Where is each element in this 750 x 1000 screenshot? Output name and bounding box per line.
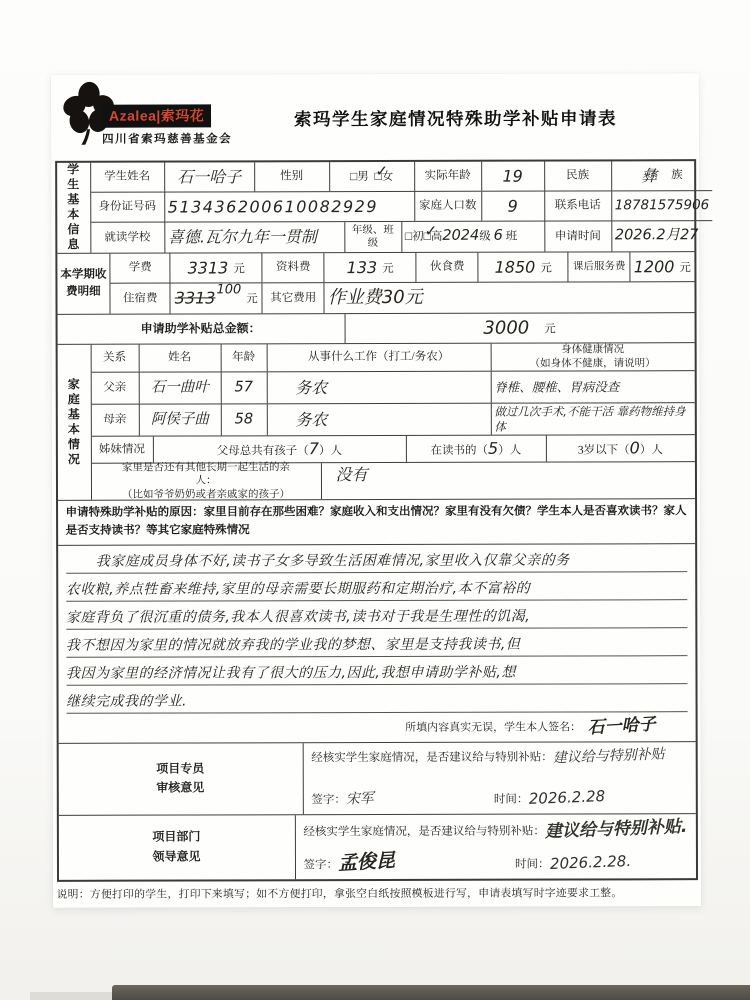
mother-name: 阿侯子曲 xyxy=(151,412,209,428)
children-count: 7 xyxy=(309,439,319,458)
id-label: 身份证号码 xyxy=(98,200,156,215)
phone-value: 18781575906 xyxy=(615,198,710,213)
student-name-label: 学生姓名 xyxy=(104,170,150,184)
material-label: 资料费 xyxy=(276,260,311,274)
relatives-label-3: （比如爷爷奶奶或者亲戚家的孩子） xyxy=(122,488,290,502)
age-label: 实际年龄 xyxy=(425,169,471,183)
section-student-info: 学生基本信息 学生姓名 石一哈子 性别 □男 □✓女 实际年龄 xyxy=(57,161,694,254)
section-family: 家庭基本情况 关系 姓名 年龄 从事什么工作（打工/务农） 身体健康情况 （如身… xyxy=(57,343,694,501)
ethnic-suffix: 族 xyxy=(671,169,683,183)
leader-review-row: 项目部门 领导意见 经核实学生家庭情况，是否建议给与特别补贴： 建议给与特别补贴… xyxy=(58,814,695,880)
senior-checkmark: ✓ xyxy=(425,222,438,241)
form-header: Azalea|索玛花 四川省索玛慈善基金会 索玛学生家庭情况特殊助学补贴申请表 xyxy=(54,77,696,161)
school-label: 就读学校 xyxy=(104,230,150,244)
female-checkbox: □✓ xyxy=(375,169,382,184)
leader-time-label: 时间： xyxy=(515,855,550,871)
tuition-label: 学费 xyxy=(129,261,152,275)
material-value: 133 xyxy=(347,259,378,277)
essay-line: 我家庭成员身体不好,读书子女多导致生活困难情况,家里收入仅靠父亲的务 xyxy=(66,544,687,574)
apply-date-value: 2026.2月27 xyxy=(615,228,699,244)
photo-background: Azalea|索玛花 四川省索玛慈善基金会 索玛学生家庭情况特殊助学补贴申请表 … xyxy=(0,0,750,1000)
specialist-time-value: 2026.2.28 xyxy=(528,788,605,807)
family-count-value: 9 xyxy=(508,197,518,215)
tuition-value: 3313 xyxy=(188,259,229,277)
confirm-text: 所填内容真实无误，学生本人签名： xyxy=(405,719,581,735)
apply-date-label: 申请时间 xyxy=(555,229,601,243)
leader-answer: 建议给与特别补贴. xyxy=(545,817,688,841)
father-work: 务农 xyxy=(295,379,327,397)
essay-line: 继续完成我的学业. xyxy=(66,684,687,714)
form-title: 索玛学生家庭情况特殊助学补贴申请表 xyxy=(294,105,617,131)
form-table: 学生基本信息 学生姓名 石一哈子 性别 □男 □✓女 实际年龄 xyxy=(55,159,698,881)
brand-block: Azalea|索玛花 四川省索玛慈善基金会 xyxy=(64,86,264,87)
relatives-value: 没有 xyxy=(335,466,367,484)
student-signature: 石一哈子 xyxy=(587,715,656,737)
leader-signature: 孟俊昆 xyxy=(337,850,395,874)
reason-essay: 我家庭成员身体不好,读书子女多导致生活困难情况,家里收入仅靠父亲的务 农收粮,养… xyxy=(58,544,695,714)
relatives-label-1: 家里是否还有其他长期一起生活的亲 xyxy=(122,462,290,476)
col-name: 姓名 xyxy=(168,351,191,365)
family-row-father: 父亲 石一曲叶 57 务农 脊椎、腰椎、胃病没查 xyxy=(91,371,694,405)
relatives-row: 家里是否还有其他长期一起生活的亲 人： （比如爷爷奶奶或者亲戚家的孩子） 没有 xyxy=(91,462,694,500)
specialist-sign-label: 签字： xyxy=(311,791,346,807)
other-fee-label: 其它费用 xyxy=(270,291,316,305)
total-amount-row: 申请助学补贴总金额： 3000元 xyxy=(57,313,694,345)
mother-work: 务农 xyxy=(295,411,327,429)
accommodation-label: 住宿费 xyxy=(123,291,158,305)
section-fees: 本学期收费明细 学费 3313元 资料费 133元 伙食费 1850元 课后服务… xyxy=(57,252,694,315)
afterschool-label: 课后服务费 xyxy=(573,260,626,273)
specialist-signature: 宋军 xyxy=(346,792,375,808)
leader-question: 经核实学生家庭情况，是否建议给与特别补贴： xyxy=(303,822,545,839)
father-health: 脊椎、腰椎、胃病没查 xyxy=(494,380,619,394)
essay-line: 家庭背负了很沉重的债务,我本人很喜欢读书,读书对于我是生理性的饥渴, xyxy=(66,600,687,630)
desk-edge xyxy=(112,985,750,1000)
ethnic-label: 民族 xyxy=(566,169,589,183)
mother-health: 做过几次手术,不能干活 靠药物维持身体 xyxy=(494,404,691,433)
junior-checkbox: □ xyxy=(405,229,412,243)
junior-label: 初 xyxy=(412,231,424,243)
family-row-mother: 母亲 阿侯子曲 58 务农 做过几次手术,不能干活 靠药物维持身体 xyxy=(91,403,694,437)
logo-azalea: Azalea|索玛花 xyxy=(102,104,211,127)
other-fee-value: 作业费30元 xyxy=(328,288,423,308)
under3-count: 0 xyxy=(630,438,640,457)
id-value: 513436200610082929 xyxy=(168,198,378,216)
phone-label: 联系电话 xyxy=(555,199,601,213)
essay-line: 我因为家里的经济情况让我有了很大的压力,因此,我想申请助学补贴,想 xyxy=(66,656,687,686)
father-name: 石一曲叶 xyxy=(151,380,209,396)
grade-label: 年级、班级 xyxy=(348,224,398,250)
mother-age: 58 xyxy=(235,412,253,428)
grade-class-suffix: 班 xyxy=(506,231,518,243)
org-name: 四川省索玛慈善基金会 xyxy=(102,130,232,146)
siblings-row: 姊妹情况 父母总共有孩子（7）人 在读书的（5）人 3岁以下（0）人 xyxy=(91,435,694,464)
food-label: 伙食费 xyxy=(430,260,465,274)
school-value: 喜德.瓦尔九年一贯制 xyxy=(168,228,317,246)
student-name-value: 石一哈子 xyxy=(177,168,241,186)
specialist-question: 经核实学生家庭情况，是否建议给与特别补贴： xyxy=(311,748,553,765)
food-value: 1850 xyxy=(495,258,536,276)
student-signature-row: 所填内容真实无误，学生本人签名： 石一哈子 xyxy=(58,712,695,744)
studying-count: 5 xyxy=(488,438,498,457)
reason-prompt: 申请特殊助学补贴的原因：家里目前存在那些困难？家庭收入和支出情况？家里有没有欠债… xyxy=(58,499,695,545)
senior-checkbox: □✓ xyxy=(424,229,431,244)
total-amount-value: 3000 xyxy=(483,318,529,338)
section-label-family: 家庭基本情况 xyxy=(57,345,91,500)
col-health-1: 身体健康情况 xyxy=(561,344,624,357)
grade-year-value: 2024 xyxy=(442,228,479,244)
essay-line: 我不想因为家里的情况就放弃我的学业我的梦想、家里是支持我读书,但 xyxy=(66,628,687,658)
father-age: 57 xyxy=(234,380,252,396)
leader-time-value: 2026.2.28. xyxy=(549,853,631,873)
application-form-paper: Azalea|索玛花 四川省索玛慈善基金会 索玛学生家庭情况特殊助学补贴申请表 … xyxy=(51,73,701,908)
grade-year-suffix: 级 xyxy=(479,231,491,243)
relatives-label-2: 人： xyxy=(195,475,216,488)
age-value: 19 xyxy=(502,167,522,185)
specialist-answer: 建议给与特别补贴 xyxy=(552,747,664,767)
ethnic-value: 彝 xyxy=(641,167,657,185)
section-label-student: 学生基本信息 xyxy=(57,163,91,253)
male-label: 男 xyxy=(357,171,369,183)
female-checkmark: ✓ xyxy=(376,162,389,181)
gender-label: 性别 xyxy=(280,170,303,184)
accommodation-new-value: 100 xyxy=(216,283,241,297)
specialist-section-label-1: 项目专员 xyxy=(156,759,204,778)
specialist-section-label-2: 审核意见 xyxy=(156,779,204,798)
desk-edge-light xyxy=(30,992,114,1000)
grade-class-value: 6 xyxy=(494,228,503,244)
col-age: 年龄 xyxy=(232,351,255,365)
afterschool-value: 1200 xyxy=(634,258,675,276)
specialist-time-label: 时间： xyxy=(494,791,529,807)
family-count-label: 家庭人口数 xyxy=(419,199,477,214)
leader-section-label-2: 领导意见 xyxy=(152,847,200,866)
leader-section-label-1: 项目部门 xyxy=(152,828,200,847)
col-work: 从事什么工作（打工/务农） xyxy=(308,350,449,365)
essay-line: 农收粮,养点牲畜来维持,家里的母亲需要长期服药和定期治疗,本不富裕的 xyxy=(66,572,687,602)
footnote: 说明：方便打印的学生，打印下来填写；如不方便打印，拿张空白纸按照模板进行写，申请… xyxy=(57,885,698,902)
section-label-fees: 本学期收费明细 xyxy=(57,254,111,314)
specialist-review-row: 项目专员 审核意见 经核实学生家庭情况，是否建议给与特别补贴： 建议给与特别补贴… xyxy=(58,742,695,816)
total-amount-label: 申请助学补贴总金额： xyxy=(141,321,261,336)
siblings-label: 姊妹情况 xyxy=(99,442,145,456)
leader-sign-label: 签字： xyxy=(303,856,338,872)
accommodation-old-value: 3313 xyxy=(175,290,216,308)
col-relation: 关系 xyxy=(103,351,126,365)
col-health-2: （如身体不健康，请说明） xyxy=(530,357,656,370)
